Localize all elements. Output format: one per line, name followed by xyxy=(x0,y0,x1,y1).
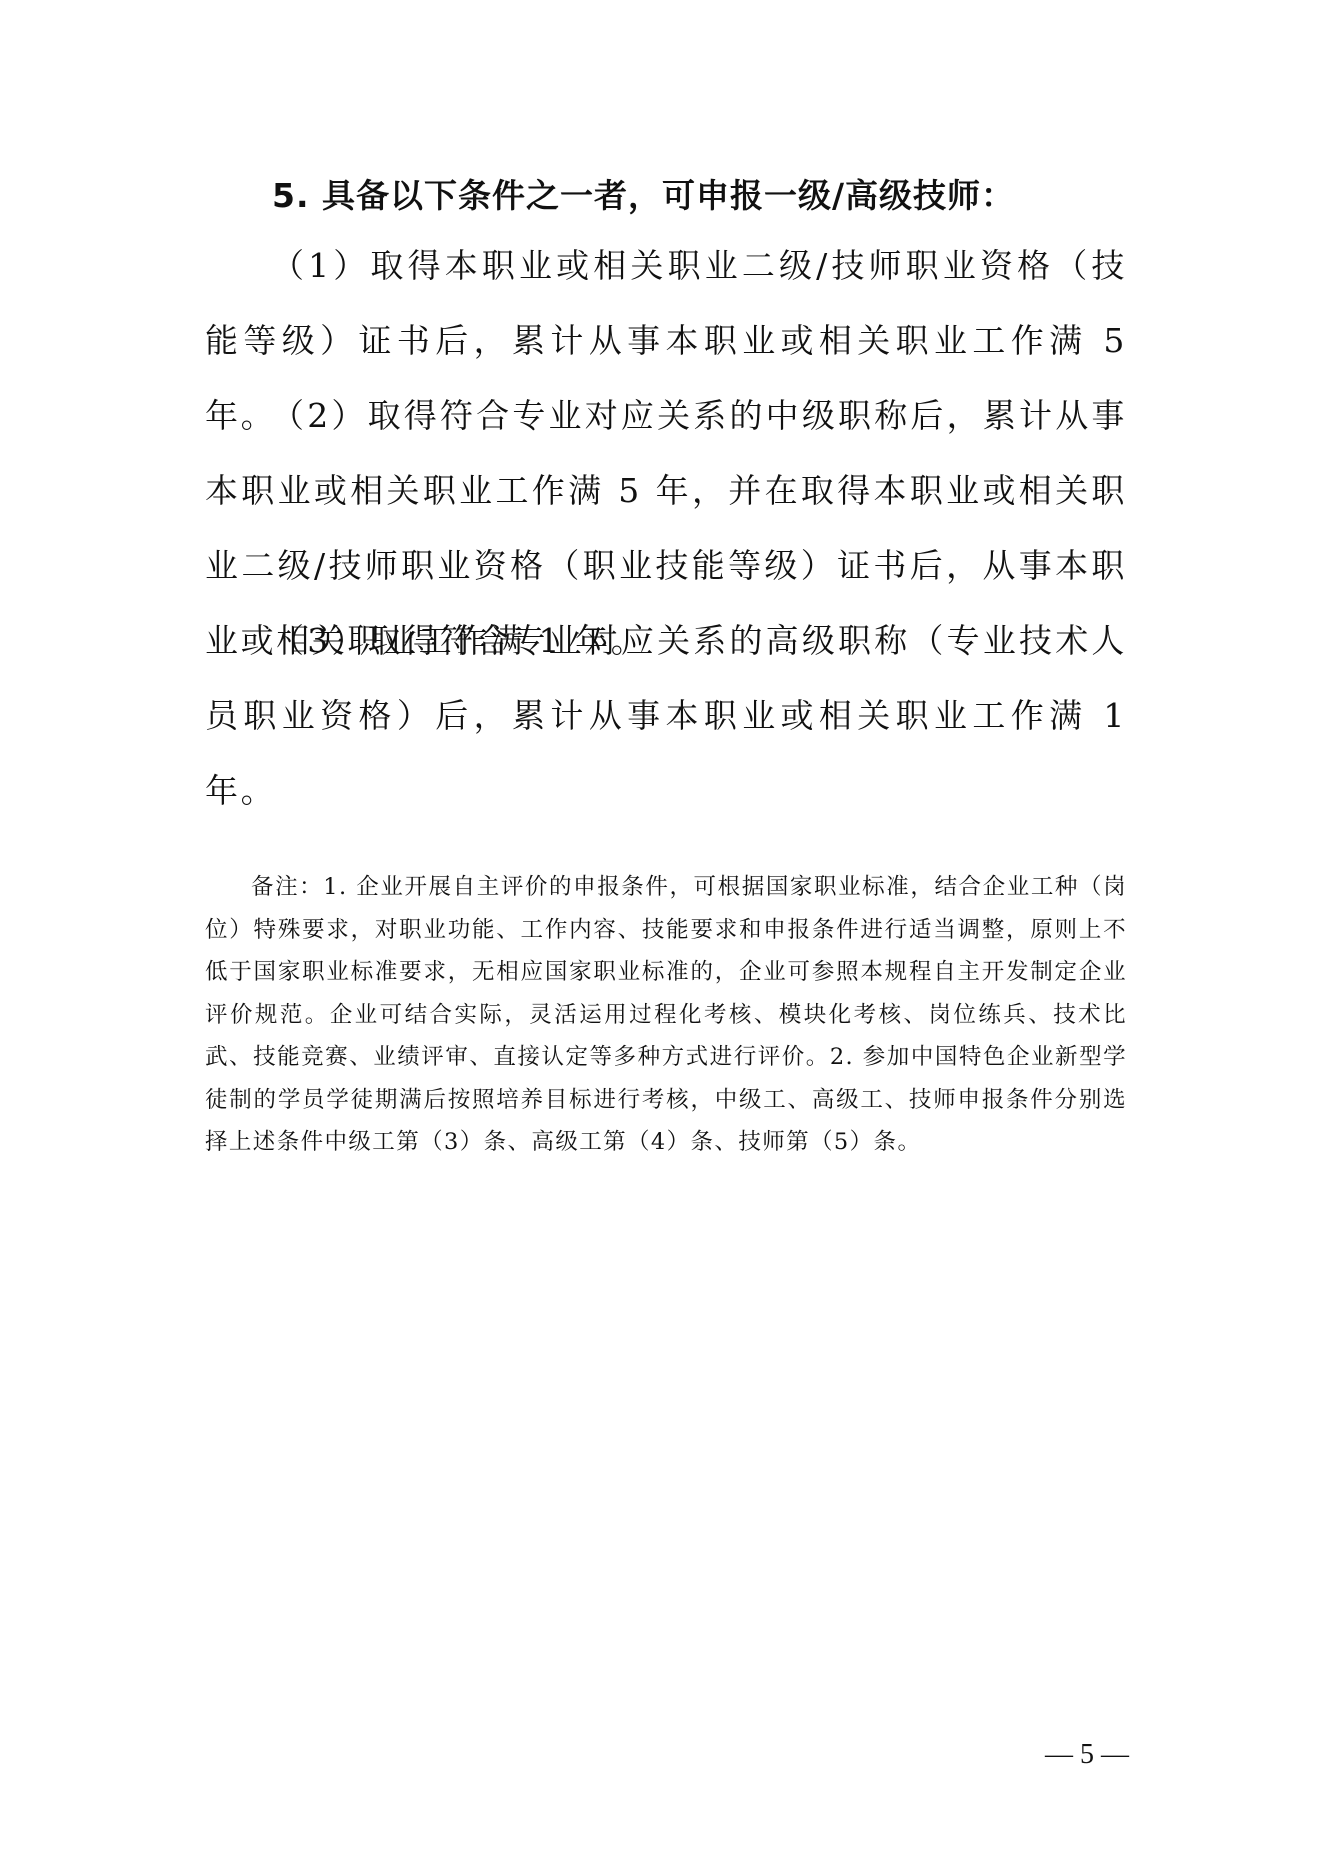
condition-3: （3）取得符合专业对应关系的高级职称（专业技术人员职业资格）后，累计从事本职业或… xyxy=(205,603,1127,828)
section-heading: 5. 具备以下条件之一者，可申报一级/高级技师： xyxy=(272,172,1152,220)
remarks-note: 备注：1. 企业开展自主评价的申报条件，可根据国家职业标准，结合企业工种（岗位）… xyxy=(205,866,1127,1164)
document-page: 5. 具备以下条件之一者，可申报一级/高级技师： （1）取得本职业或相关职业二级… xyxy=(0,0,1322,1871)
page-number: — 5 — xyxy=(1045,1735,1129,1775)
